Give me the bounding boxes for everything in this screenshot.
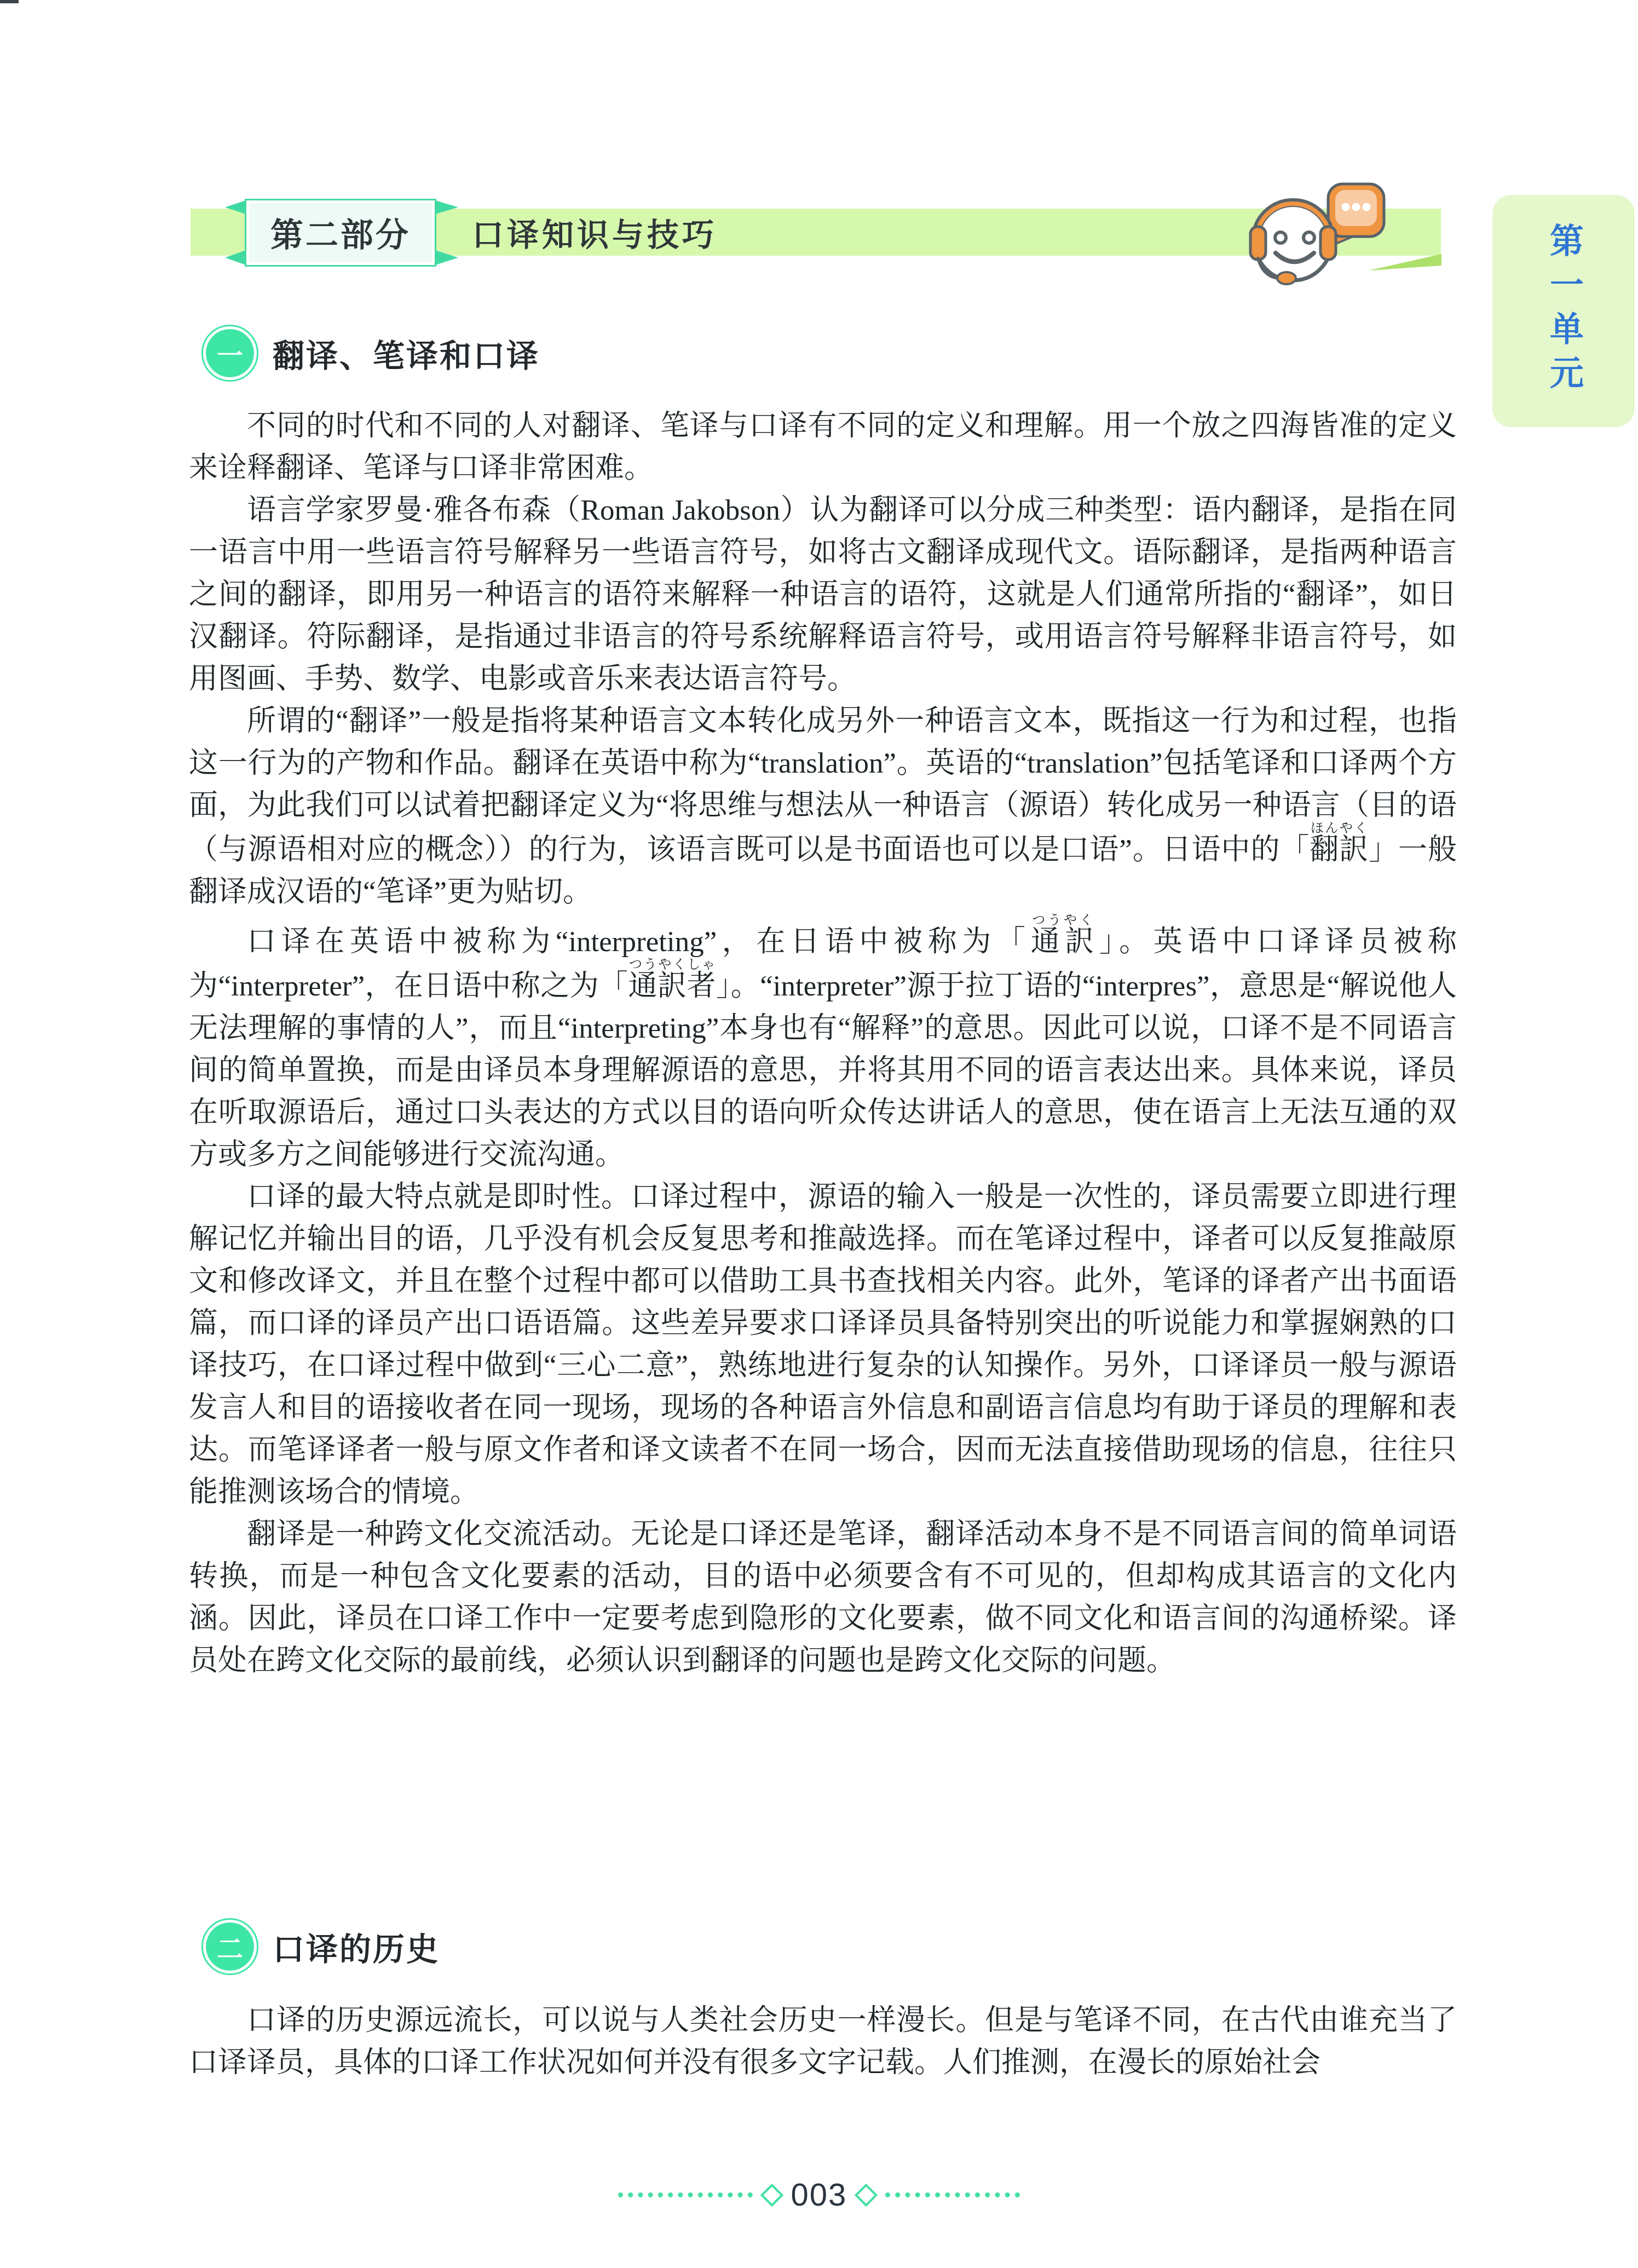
section-number-badge: 一 [201, 325, 258, 382]
body-paragraph: 不同的时代和不同的人对翻译、笔译与口译有不同的定义和理解。用一个放之四海皆准的定… [189, 405, 1457, 490]
furigana-annotated-word: 翻訳ほんやく [1310, 834, 1369, 866]
diamond-icon [855, 2183, 878, 2206]
body-paragraph: 口译的历史源远流长，可以说与人类社会历史一样漫长。但是与笔译不同，在古代由谁充当… [189, 2000, 1457, 2084]
body-paragraph: 所谓的“翻译”一般是指将某种语言文本转化成另外一种语言文本，既指这一行为和过程，… [189, 700, 1457, 913]
part-label-box: 第二部分 [245, 199, 436, 267]
page-number: 003 [791, 2177, 847, 2213]
page-footer: 003 [0, 2177, 1638, 2213]
body-paragraph: 口译在英语中被称为“interpreting”，在日语中被称为「通訳つうやく」。… [189, 913, 1457, 1176]
furigana-annotated-word: 通訳者つうやくしゃ [628, 970, 716, 1002]
body-paragraph: 翻译是一种跨文化交流活动。无论是口译还是笔译，翻译活动本身不是不同语言间的简单词… [189, 1513, 1457, 1682]
unit-side-tab-label: 第一单元 [1539, 223, 1588, 399]
section-1-heading: 一 翻译、笔译和口译 [201, 324, 540, 382]
unit-side-tab: 第一单元 [1492, 195, 1635, 427]
section-1-body: 不同的时代和不同的人对翻译、笔译与口译有不同的定义和理解。用一个放之四海皆准的定… [189, 405, 1457, 1682]
part-label: 第二部分 [270, 209, 411, 256]
body-paragraph: 语言学家罗曼·雅各布森（Roman Jakobson）认为翻译可以分成三种类型：… [189, 490, 1457, 700]
section-number: 一 [206, 329, 254, 377]
headset-smiley-speech-bubble-icon [1247, 181, 1389, 289]
footer-dotted-line [885, 2192, 1020, 2197]
section-2-body: 口译的历史源远流长，可以说与人类社会历史一样漫长。但是与笔译不同，在古代由谁充当… [189, 2000, 1457, 2084]
section-number: 二 [206, 1922, 254, 1971]
body-paragraph: 口译的最大特点就是即时性。口译过程中，源语的输入一般是一次性的，译员需要立即进行… [189, 1176, 1457, 1513]
footer-dotted-line [618, 2192, 753, 2197]
section-number-badge: 二 [201, 1918, 258, 1975]
section-title: 口译的历史 [273, 1924, 440, 1970]
section-title: 翻译、笔译和口译 [273, 330, 540, 376]
furigana-annotated-word: 通訳つうやく [1031, 926, 1099, 958]
print-corner-mark [0, 0, 19, 3]
headset-smiley-face-icon [1250, 203, 1336, 284]
diamond-icon [760, 2183, 783, 2206]
part-title: 口译知识与技巧 [472, 209, 717, 256]
section-2-heading: 二 口译的历史 [201, 1918, 440, 1976]
